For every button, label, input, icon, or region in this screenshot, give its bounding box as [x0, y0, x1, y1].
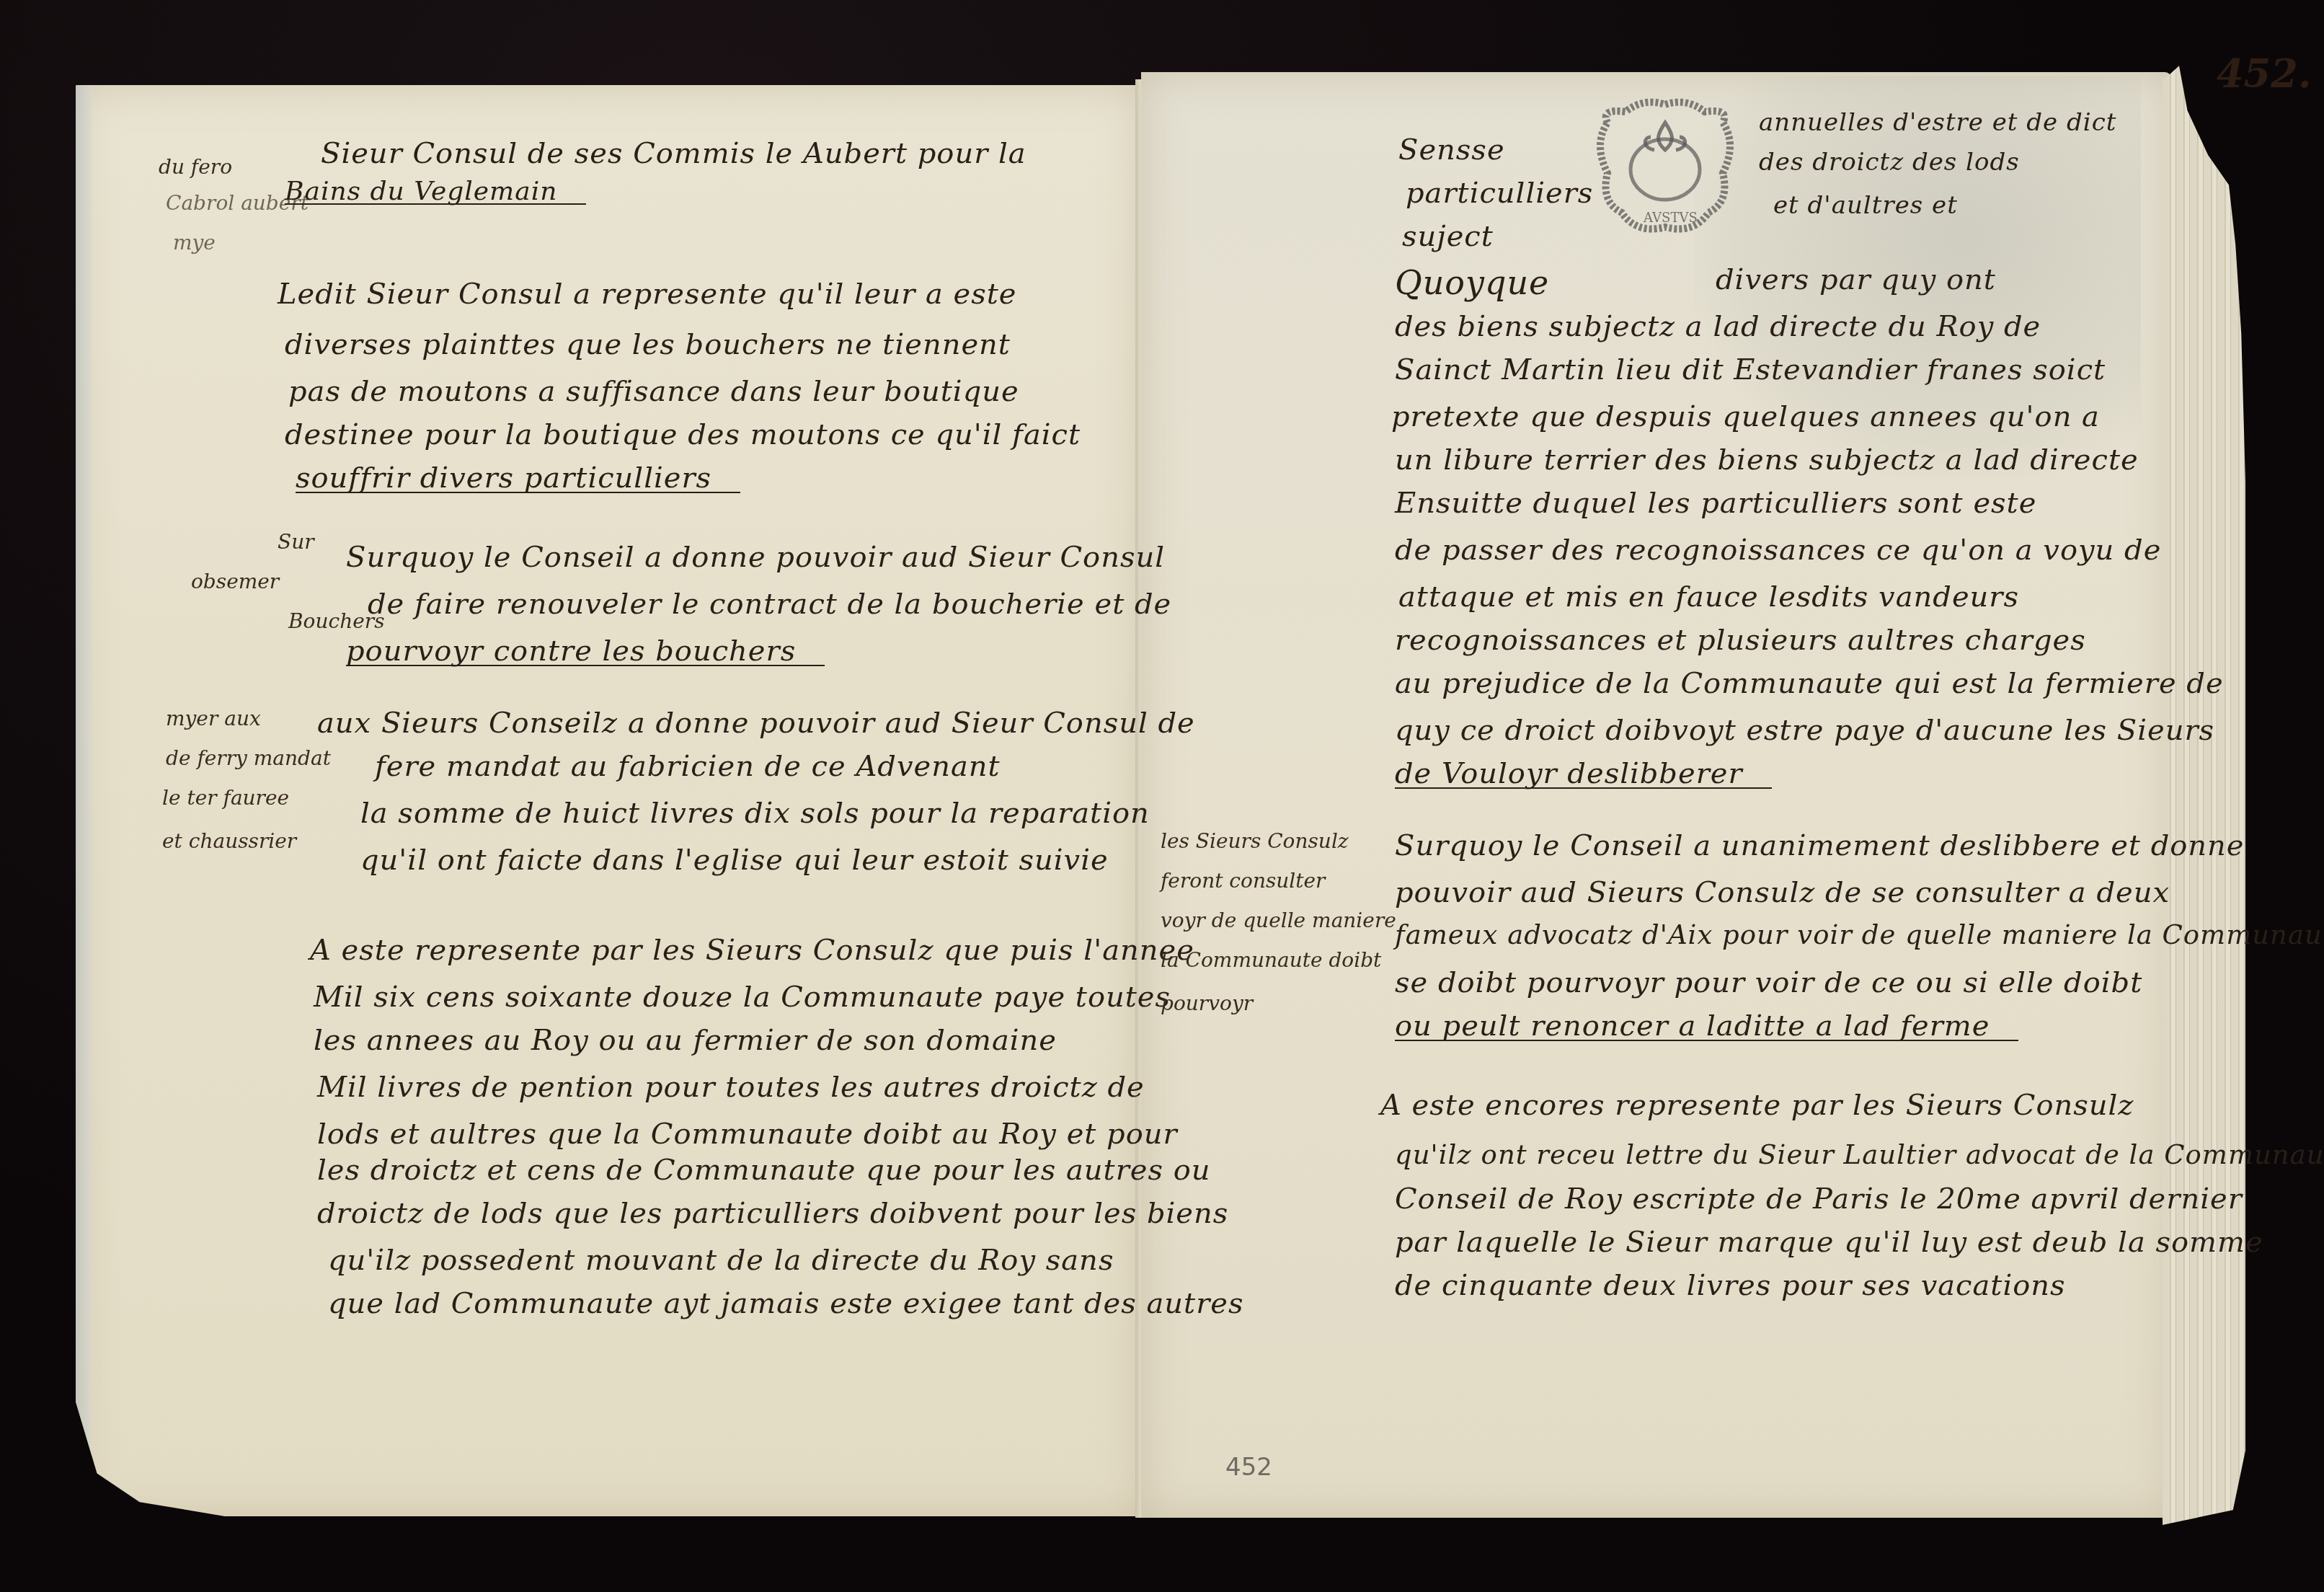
text-line: divers par quy ont	[1716, 263, 1996, 296]
margin-note: feront consulter	[1161, 869, 1326, 893]
text-line: diverses plainttes que les bouchers ne t…	[285, 328, 1011, 361]
text-line: A este encores represente par les Sieurs…	[1380, 1089, 2134, 1122]
text-line: par laquelle le Sieur marque qu'il luy e…	[1395, 1226, 2263, 1259]
text-line: suject	[1402, 220, 1494, 253]
text-line: un libure terrier des biens subjectz a l…	[1395, 443, 2139, 477]
text-line: fere mandat au fabricien de ce Advenant	[375, 750, 1001, 783]
margin-note: la Communaute doibt	[1161, 948, 1381, 972]
text-line: lods et aultres que la Communaute doibt …	[317, 1118, 1178, 1151]
text-line: Mil six cens soixante douze la Communaut…	[314, 981, 1171, 1014]
margin-note: Sur	[278, 530, 314, 554]
text-line: des droictz des lods	[1759, 148, 2020, 177]
text-line: Mil livres de pention pour toutes les au…	[317, 1071, 1145, 1104]
margin-note: obsemer	[191, 570, 279, 593]
text-line: Surquoy le Conseil a donne pouvoir aud S…	[346, 541, 1165, 574]
text-line: les annees au Roy ou au fermier de son d…	[314, 1024, 1057, 1057]
text-line: de passer des recognoissances ce qu'on a…	[1395, 534, 2161, 567]
text-line: A este represente par les Sieurs Consulz…	[310, 934, 1194, 967]
text-line: les droictz et cens de Communaute que po…	[317, 1154, 1211, 1187]
text-line: Sensse	[1398, 133, 1505, 167]
text-line: des biens subjectz a lad directe du Roy …	[1395, 310, 2041, 343]
text-line: Sieur Consul de ses Commis le Aubert pou…	[321, 137, 1026, 170]
text-line: pourvoyr contre les bouchers	[346, 634, 796, 668]
text-line: se doibt pourvoyr pour voir de ce ou si …	[1395, 966, 2142, 999]
folio-number: 452.	[2217, 50, 2312, 97]
text-line: droictz de lods que les particulliers do…	[317, 1197, 1228, 1230]
text-line: qu'ilz possedent mouvant de la directe d…	[328, 1244, 1114, 1277]
text-line: Quoyque	[1395, 263, 1549, 302]
text-line: annuelles d'estre et de dict	[1759, 108, 2116, 137]
margin-note: et chaussrier	[162, 829, 296, 853]
text-line: de Vouloyr deslibberer	[1395, 757, 1743, 790]
margin-note: mye	[173, 231, 216, 255]
text-line: attaque et mis en fauce lesdits vandeurs	[1398, 580, 2019, 614]
margin-note: les Sieurs Consulz	[1161, 829, 1349, 853]
text-line: qu'il ont faicte dans l'eglise qui leur …	[360, 844, 1109, 877]
text-line: particulliers	[1406, 177, 1593, 210]
text-line: Sainct Martin lieu dit Estevandier frane…	[1395, 353, 2106, 386]
margin-note: voyr de quelle maniere	[1161, 908, 1396, 932]
text-line: de cinquante deux livres pour ses vacati…	[1395, 1269, 2066, 1302]
text-line: quy ce droict doibvoyt estre paye d'aucu…	[1395, 714, 2214, 747]
text-line: Bains du Veglemain	[285, 177, 557, 206]
text-line: Ensuitte duquel les particulliers sont e…	[1395, 487, 2036, 520]
text-line: souffrir divers particulliers	[296, 461, 711, 495]
text-line: Ledit Sieur Consul a represente qu'il le…	[278, 278, 1017, 311]
margin-note: du fero	[159, 155, 232, 179]
text-line: ou peult renoncer a laditte a lad ferme	[1395, 1009, 1990, 1043]
pencil-page-number: 452	[1225, 1453, 1272, 1482]
text-line: destinee pour la boutique des moutons ce…	[285, 418, 1081, 451]
text-line: et d'aultres et	[1773, 191, 1958, 220]
text-line: fameux advocatz d'Aix pour voir de quell…	[1395, 919, 2324, 950]
text-line: pas de moutons a suffisance dans leur bo…	[288, 375, 1019, 408]
text-line: recognoissances et plusieurs aultres cha…	[1395, 624, 2086, 657]
text-line: qu'ilz ont receu lettre du Sieur Laultie…	[1395, 1139, 2324, 1170]
text-line: Surquoy le Conseil a unanimement deslibb…	[1395, 829, 2245, 862]
svg-text:AVSTVS: AVSTVS	[1643, 211, 1698, 226]
text-line: pouvoir aud Sieurs Consulz de se consult…	[1395, 876, 2170, 909]
text-line: pretexte que despuis quelques annees qu'…	[1391, 400, 2100, 433]
page-edges-stack	[2163, 36, 2245, 1525]
margin-note: pourvoyr	[1161, 991, 1253, 1015]
text-line: que lad Communaute ayt jamais este exige…	[328, 1287, 1244, 1320]
text-line: de faire renouveler le contract de la bo…	[368, 588, 1171, 621]
text-line: au prejudice de la Communaute qui est la…	[1395, 667, 2224, 700]
margin-note: de ferry mandat	[166, 746, 331, 770]
text-line: aux Sieurs Conseilz a donne pouvoir aud …	[317, 707, 1195, 740]
text-line: Conseil de Roy escripte de Paris le 20me…	[1395, 1182, 2243, 1216]
text-line: la somme de huict livres dix sols pour l…	[360, 797, 1150, 830]
fleur-de-lis-seal-icon: AVSTVS	[1586, 94, 1744, 238]
margin-note: myer aux	[166, 707, 261, 730]
margin-note: le ter fauree	[162, 786, 289, 810]
